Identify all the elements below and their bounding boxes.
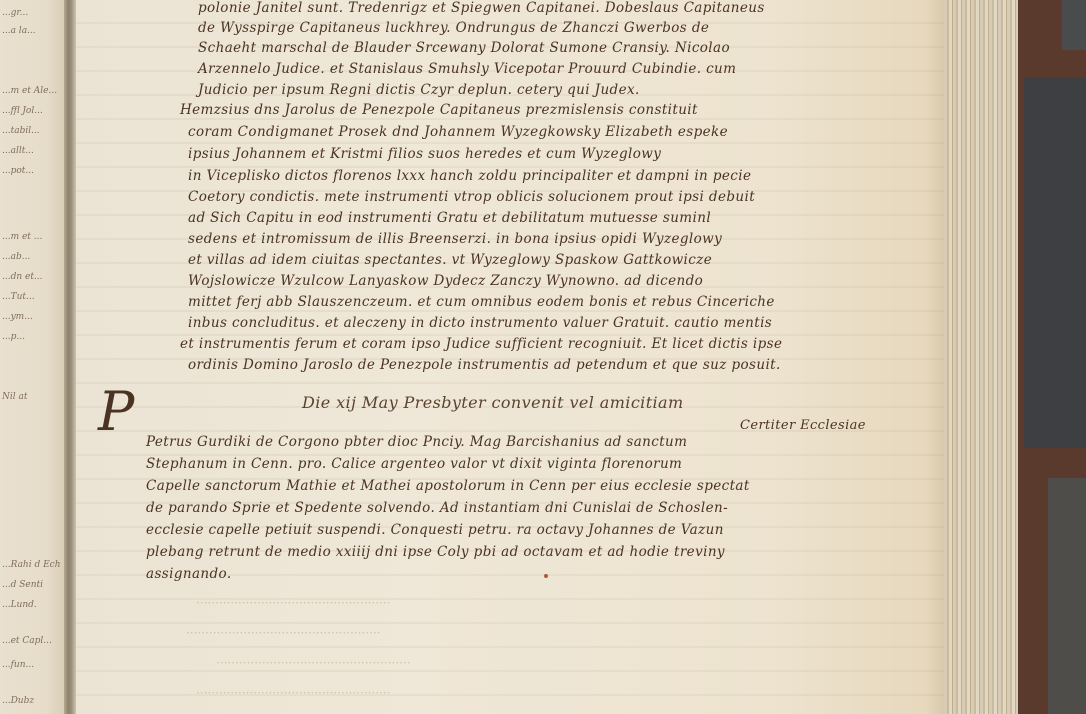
margin-note: ...Rahi d Ech [2, 560, 61, 570]
manuscript-line: ordinis Domino Jaroslo de Penezpole inst… [188, 357, 781, 373]
book-fore-edge [944, 0, 1020, 714]
margin-note: ...ab... [2, 252, 30, 262]
margin-note: ...Lund. [2, 600, 37, 610]
manuscript-line: Coetory condictis. mete instrumenti vtro… [188, 189, 755, 205]
margin-note: ...a la... [2, 26, 36, 36]
margin-note: ...et Capl... [2, 636, 52, 646]
manuscript-line: de parando Sprie et Spedente solvendo. A… [146, 500, 728, 516]
manuscript-line: Schaeht marschal de Blauder Srcewany Dol… [198, 40, 730, 56]
background-panel [1024, 78, 1086, 448]
margin-note: ...Dubz [2, 696, 34, 706]
manuscript-line: et villas ad idem ciuitas spectantes. vt… [188, 252, 712, 268]
manuscript-line: sedens et intromissum de illis Breenserz… [188, 231, 722, 247]
margin-note: ...m et Ale... [2, 86, 57, 96]
margin-note: ...fun... [2, 660, 34, 670]
red-ink-mark [544, 574, 548, 578]
margin-note: ...gr... [2, 8, 28, 18]
margin-note: ...dn et... [2, 272, 43, 282]
manuscript-line: inbus concluditus. et aleczeny in dicto … [188, 315, 772, 331]
manuscript-line: in Viceplisko dictos florenos lxxx hanch… [188, 168, 751, 184]
manuscript-line: Hemzsius dns Jarolus de Penezpole Capita… [180, 102, 698, 118]
margin-note: ...allt... [2, 146, 34, 156]
manuscript-line: Judicio per ipsum Regni dictis Czyr depl… [198, 82, 640, 98]
margin-note: ...tabil... [2, 126, 40, 136]
manuscript-line: ad Sich Capitu in eod instrumenti Gratu … [188, 210, 711, 226]
margin-note: ...p... [2, 332, 25, 342]
manuscript-line: et instrumentis ferum et coram ipso Judi… [180, 336, 782, 352]
manuscript-line: mittet ferj abb Slauszenczeum. et cum om… [188, 294, 775, 310]
manuscript-line: coram Condigmanet Prosek dnd Johannem Wy… [188, 124, 728, 140]
verso-bleedthrough: ········································… [186, 626, 381, 640]
margin-note: ...m et ... [2, 232, 42, 242]
left-facing-page: ...gr... ...a la... ...m et Ale... ...ff… [0, 0, 66, 714]
manuscript-line: de Wysspirge Capitaneus luckhrey. Ondrun… [198, 20, 709, 36]
manuscript-line: Petrus Gurdiki de Corgono pbter dioc Pnc… [146, 434, 687, 450]
verso-bleedthrough: ········································… [196, 686, 391, 700]
verso-bleedthrough: ········································… [216, 656, 411, 670]
manuscript-line: Capelle sanctorum Mathie et Mathei apost… [146, 478, 750, 494]
manuscript-page: ········································… [76, 0, 944, 714]
verso-bleedthrough: ········································… [196, 596, 391, 610]
book-gutter [64, 0, 76, 714]
manuscript-line: Wojslowicze Wzulcow Lanyaskow Dydecz Zan… [188, 273, 703, 289]
margin-note: ...ym... [2, 312, 33, 322]
decorated-initial: P [98, 380, 134, 443]
manuscript-line: ipsius Johannem et Kristmi filios suos h… [188, 146, 661, 162]
background-panel [1048, 478, 1086, 714]
manuscript-line: Arzennelo Judice. et Stanislaus Smuhsly … [198, 61, 736, 77]
manuscript-line: plebang retrunt de medio xxiiij dni ipse… [146, 544, 725, 560]
margin-note: ...d Senti [2, 580, 43, 590]
manuscript-line: Stephanum in Cenn. pro. Calice argenteo … [146, 456, 682, 472]
background-panel [1062, 0, 1086, 50]
margin-note: ...pot... [2, 166, 34, 176]
manuscript-line: polonie Janitel sunt. Tredenrigz et Spie… [198, 0, 765, 16]
margin-note: Nil at [2, 392, 27, 402]
interlinear-note: Certiter Ecclesiae [740, 418, 866, 433]
manuscript-line: ecclesie capelle petiuit suspendi. Conqu… [146, 522, 724, 538]
entry-heading: Die xij May Presbyter convenit vel amici… [302, 393, 684, 412]
margin-note: ...ffl Jol... [2, 106, 43, 116]
manuscript-line: assignando. [146, 566, 232, 582]
margin-note: ...Tut... [2, 292, 35, 302]
manuscript-photo: ...gr... ...a la... ...m et Ale... ...ff… [0, 0, 1086, 714]
